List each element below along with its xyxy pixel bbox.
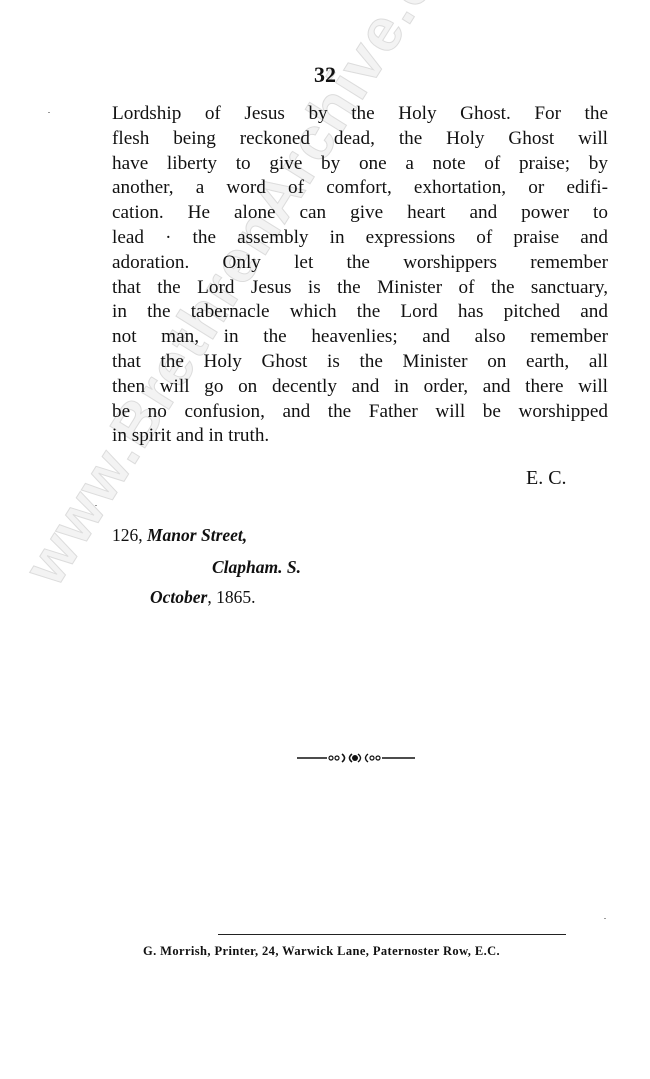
date-month: October <box>150 587 207 607</box>
text-line: another, a word of comfort, exhortation,… <box>112 176 608 201</box>
body-paragraph: Lordship of Jesus by the Holy Ghost. For… <box>112 102 608 449</box>
text-line: be no confusion, and the Father will be … <box>112 400 608 425</box>
text-line: not man, in the heavenlies; and also rem… <box>112 325 608 350</box>
scan-speck <box>48 112 50 113</box>
text-line: that the Lord Jesus is the Minister of t… <box>112 276 608 301</box>
text-line: adoration. Only let the worshippers reme… <box>112 251 608 276</box>
address-district-line: Clapham. S. <box>212 557 301 578</box>
text-line: that the Holy Ghost is the Minister on e… <box>112 350 608 375</box>
text-line: then will go on decently and in order, a… <box>112 375 608 400</box>
imprint-rule <box>218 934 566 935</box>
text-line: in the tabernacle which the Lord has pit… <box>112 300 608 325</box>
street-number: 126, <box>112 525 147 545</box>
date-year: , 1865. <box>207 587 255 607</box>
page-number: 32 <box>0 62 650 88</box>
printer-imprint: G. Morrish, Printer, 24, Warwick Lane, P… <box>143 944 500 959</box>
text-line: in spirit and in truth. <box>112 424 608 449</box>
scan-speck <box>604 918 606 919</box>
text-line: have liberty to give by one a note of pr… <box>112 152 608 177</box>
section-divider-ornament-icon <box>297 748 417 768</box>
document-page: www.BrethrenArchive.org 32 Lordship of J… <box>0 0 650 1079</box>
text-line: cation. He alone can give heart and powe… <box>112 201 608 226</box>
author-signature: E. C. <box>526 467 567 490</box>
district-name: Clapham. S. <box>212 557 301 577</box>
address-date-line: October, 1865. <box>150 587 255 608</box>
address-street-line: 126, Manor Street, <box>112 525 247 546</box>
text-line: flesh being reckoned dead, the Holy Ghos… <box>112 127 608 152</box>
text-line: lead · the assembly in expressions of pr… <box>112 226 608 251</box>
text-line: Lordship of Jesus by the Holy Ghost. For… <box>112 102 608 127</box>
scan-speck <box>95 505 97 506</box>
street-name: Manor Street, <box>147 525 247 545</box>
